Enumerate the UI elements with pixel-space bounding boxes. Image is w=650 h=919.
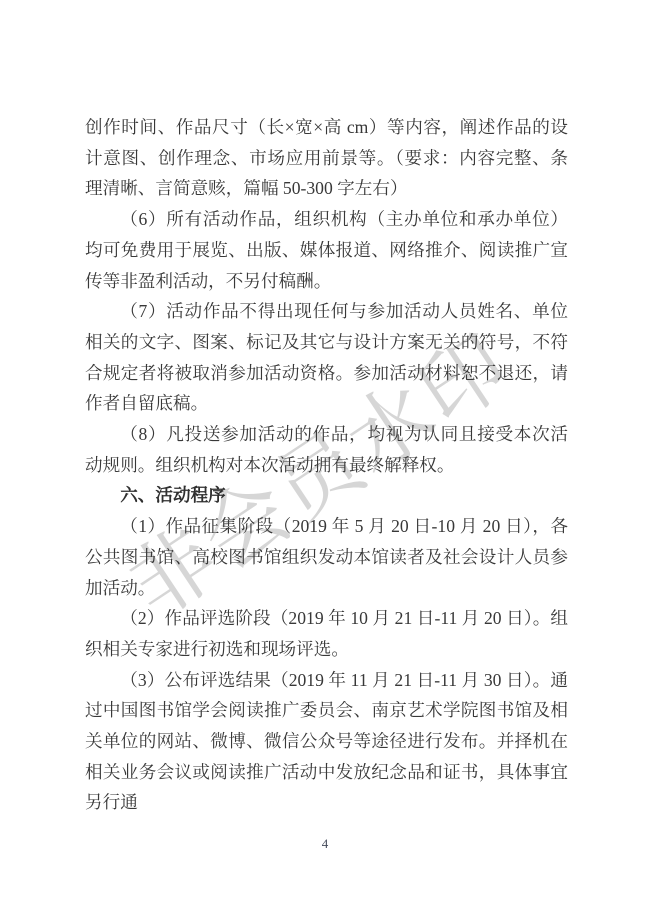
paragraph-continuation: 创作时间、作品尺寸（长×宽×高 cm）等内容，阐述作品的设计意图、创作理念、市场… (85, 112, 568, 204)
paragraph-step-3: （3）公布评选结果（2019 年 11 月 21 日-11 月 30 日）。通过… (85, 665, 568, 819)
document-body: 创作时间、作品尺寸（长×宽×高 cm）等内容，阐述作品的设计意图、创作理念、市场… (85, 112, 568, 818)
page-number: 4 (0, 836, 650, 852)
paragraph-item-7: （7）活动作品不得出现任何与参加活动人员姓名、单位相关的文字、图案、标记及其它与… (85, 296, 568, 419)
paragraph-item-8: （8）凡投送参加活动的作品，均视为认同且接受本次活动规则。组织机构对本次活动拥有… (85, 419, 568, 480)
document-page: 非会员水印 创作时间、作品尺寸（长×宽×高 cm）等内容，阐述作品的设计意图、创… (0, 0, 650, 919)
paragraph-item-6: （6）所有活动作品，组织机构（主办单位和承办单位）均可免费用于展览、出版、媒体报… (85, 204, 568, 296)
paragraph-step-1: （1）作品征集阶段（2019 年 5 月 20 日-10 月 20 日），各公共… (85, 511, 568, 603)
paragraph-step-2: （2）作品评选阶段（2019 年 10 月 21 日-11 月 20 日）。组织… (85, 603, 568, 664)
section-heading: 六、活动程序 (85, 480, 568, 511)
